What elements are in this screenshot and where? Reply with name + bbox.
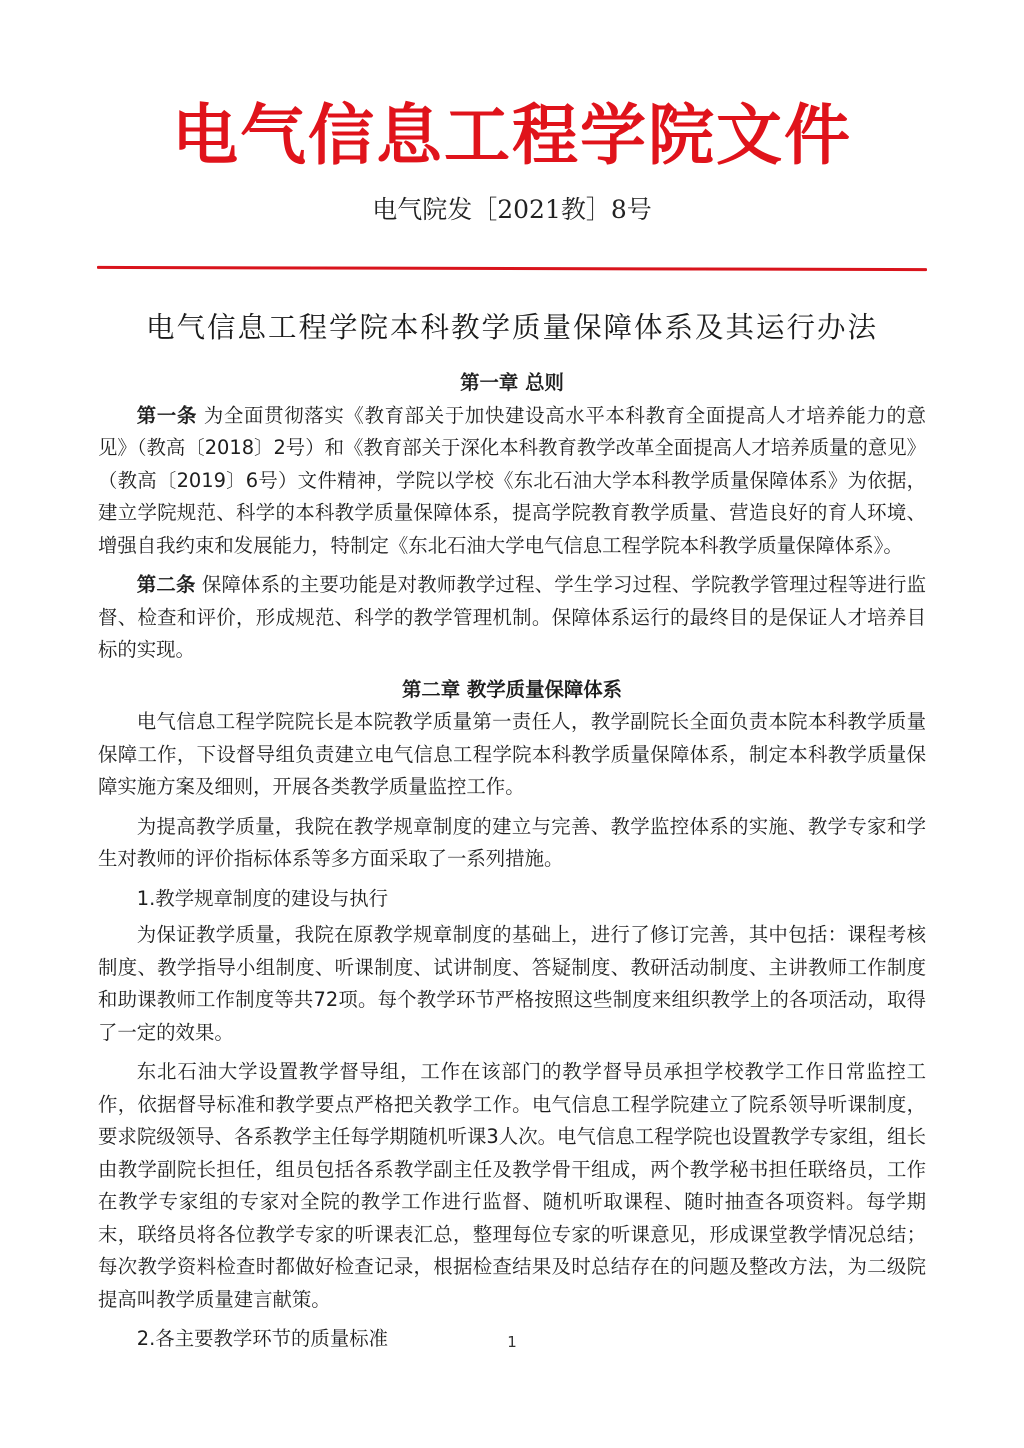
document-number: 电气院发［2021教］8号 [0,190,1024,230]
body-paragraph: 电气信息工程学院院长是本院教学质量第一责任人，教学副院长全面负责本院本科教学质量… [98,706,926,804]
document-page: 电气信息工程学院文件 电气院发［2021教］8号 电气信息工程学院本科教学质量保… [0,0,1024,1448]
article-paragraph: 第一条 为全面贯彻落实《教育部关于加快建设高水平本科教育全面提高人才培养能力的意… [98,400,926,563]
red-rule-divider [97,266,927,271]
document-body: 第一章 总则 第一条 为全面贯彻落实《教育部关于加快建设高水平本科教育全面提高人… [98,367,926,1360]
article-label: 第二条 [137,573,196,596]
chapter-heading: 第一章 总则 [98,367,926,400]
article-label: 第一条 [137,404,197,427]
body-paragraph: 东北石油大学设置教学督导组，工作在该部门的教学督导员承担学校教学工作日常监控工作… [98,1056,926,1316]
page-number: 1 [0,1333,1024,1351]
section-heading: 1.教学规章制度的建设与执行 [98,883,926,916]
article-text: 为全面贯彻落实《教育部关于加快建设高水平本科教育全面提高人才培养能力的意见》（教… [98,404,926,557]
document-title: 电气信息工程学院本科教学质量保障体系及其运行办法 [0,308,1024,348]
body-paragraph: 为提高教学质量，我院在教学规章制度的建立与完善、教学监控体系的实施、教学专家和学… [98,811,926,876]
masthead-title: 电气信息工程学院文件 [0,96,1024,176]
body-paragraph: 为保证教学质量，我院在原教学规章制度的基础上，进行了修订完善，其中包括：课程考核… [98,919,926,1049]
article-text: 保障体系的主要功能是对教师教学过程、学生学习过程、学院教学管理过程等进行监督、检… [98,573,926,661]
article-paragraph: 第二条 保障体系的主要功能是对教师教学过程、学生学习过程、学院教学管理过程等进行… [98,569,926,667]
chapter-heading: 第二章 教学质量保障体系 [98,674,926,707]
